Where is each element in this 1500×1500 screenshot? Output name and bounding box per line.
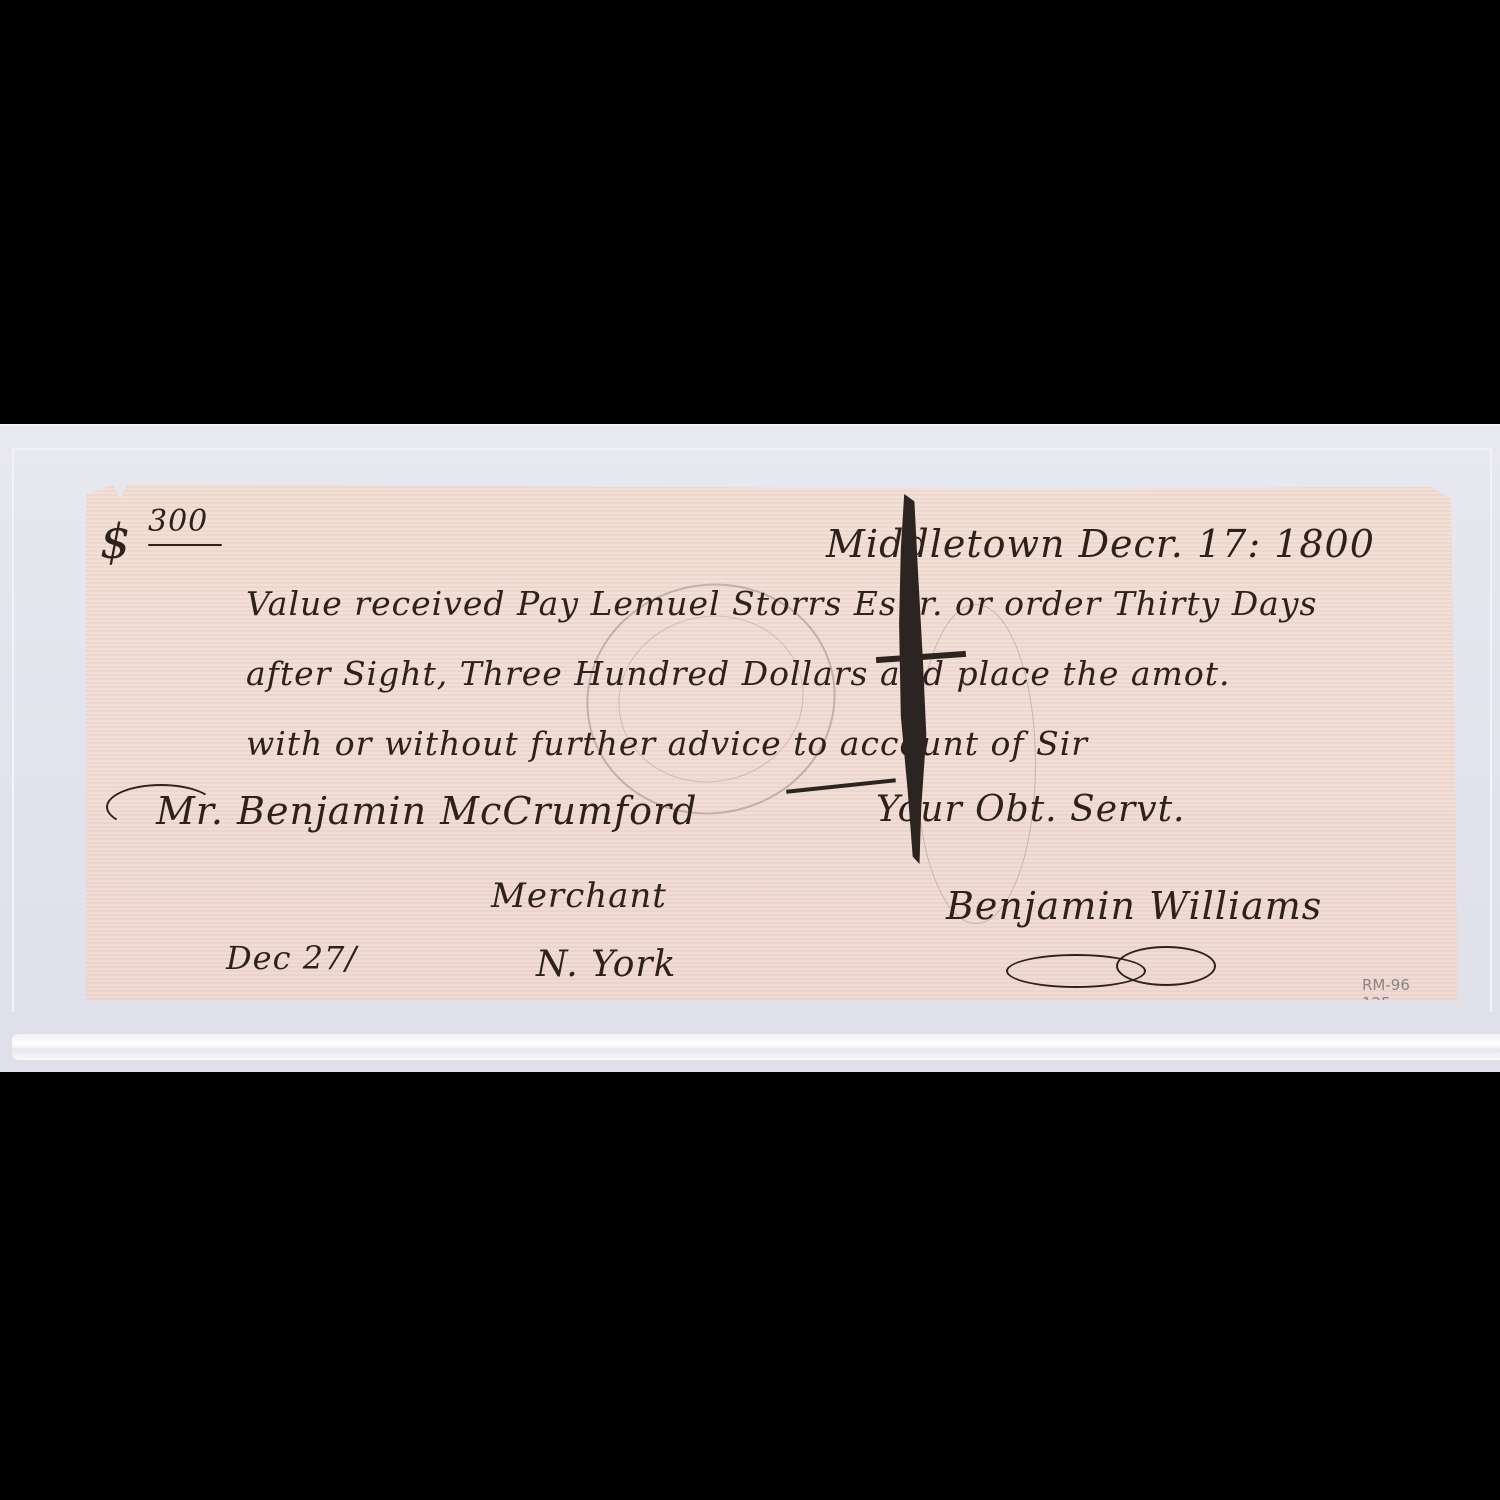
bill-of-exchange: $ 300 Middletown Decr. 17: 1800 Value re… <box>86 484 1458 1000</box>
signature: Benjamin Williams <box>946 884 1322 928</box>
sleeve-bottom-ridge <box>12 1034 1500 1060</box>
body-line-2: after Sight, Three Hundred Dollars and p… <box>246 654 1230 693</box>
body-line-1: Value received Pay Lemuel Storrs Esqr. o… <box>246 584 1317 623</box>
closing-salutation: Your Obt. Servt. <box>876 789 1185 830</box>
pencil-catalog-number: RM-96 <box>1362 976 1410 994</box>
amount-symbol: $ <box>100 514 132 570</box>
addressee-title: Merchant <box>491 876 667 916</box>
addressee-place: N. York <box>536 944 676 985</box>
pencil-price: 125.— <box>1362 994 1410 1000</box>
stamp-oval <box>916 604 1036 924</box>
amount-underline <box>148 544 222 546</box>
signature-flourish-2 <box>1116 946 1216 986</box>
acceptance-note: Dec 27/ <box>226 939 357 977</box>
body-line-3: with or without further advice to accoun… <box>246 724 1088 763</box>
amount-value: 300 <box>148 504 208 539</box>
addressee-name: Mr. Benjamin McCrumford <box>156 789 698 833</box>
